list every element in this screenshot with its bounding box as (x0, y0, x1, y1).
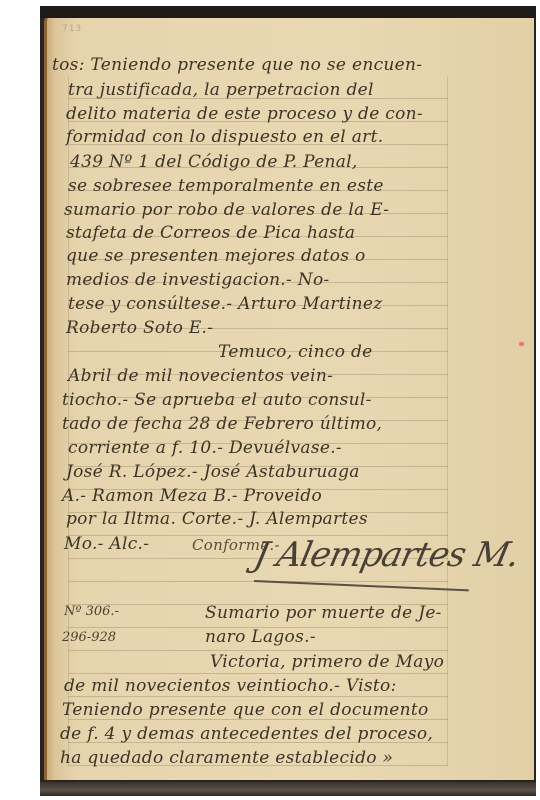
text-line: José R. López.- José Astaburuaga (66, 462, 360, 482)
text-line: medios de investigacion.- No- (66, 270, 330, 290)
page-number-mark: 713 (62, 24, 82, 34)
text-line: ha quedado claramente establecido » (60, 748, 393, 768)
text-line: sumario por robo de valores de la E- (64, 200, 389, 220)
case-number: Nº 306.- (64, 604, 119, 619)
entry-heading: naro Lagos.- (205, 627, 316, 647)
text-line: se sobresee temporalmente en este (68, 176, 384, 196)
page-top-edge (40, 6, 536, 18)
text-line: delito materia de este proceso y de con- (66, 104, 423, 124)
text-line: stafeta de Correos de Pica hasta (66, 223, 355, 243)
text-line: tese y consúltese.- Arturo Martinez (68, 294, 382, 314)
text-line: A.- Ramon Meza B.- Proveido (62, 486, 322, 506)
text-line: formidad con lo dispuesto en el art. (66, 127, 383, 147)
text-line: Teniendo presente que con el documento (62, 700, 429, 720)
text-line: que se presenten mejores datos o (66, 246, 366, 266)
text-line: tos: Teniendo presente que no se encuen- (52, 55, 422, 75)
text-line: tra justificada, la perpetracion del (68, 80, 374, 100)
signature: J Alempartes M. (251, 535, 523, 575)
red-light-dot (519, 342, 524, 346)
text-line: de mil novecientos veintiocho.- Visto: (64, 676, 397, 696)
entry-heading: Sumario por muerte de Je- (205, 603, 442, 623)
text-line: Victoria, primero de Mayo (210, 652, 444, 672)
text-line: 439 Nº 1 del Código de P. Penal, (70, 152, 358, 172)
text-line: Temuco, cinco de (218, 342, 373, 362)
text-line: corriente a f. 10.- Devuélvase.- (68, 438, 342, 458)
text-line: tado de fecha 28 de Febrero último, (62, 414, 382, 434)
text-line: Abril de mil novecientos vein- (68, 366, 333, 386)
case-reference: 296-928 (62, 630, 116, 645)
text-line: de f. 4 y demas antecedentes del proceso… (60, 724, 433, 744)
text-line: Roberto Soto E.- (66, 318, 213, 338)
text-line: tiocho.- Se aprueba el auto consul- (62, 390, 372, 410)
text-line: Mo.- Alc.- (64, 534, 149, 554)
text-line: por la Iltma. Corte.- J. Alempartes (66, 509, 368, 529)
page-bottom-edge (40, 782, 536, 796)
